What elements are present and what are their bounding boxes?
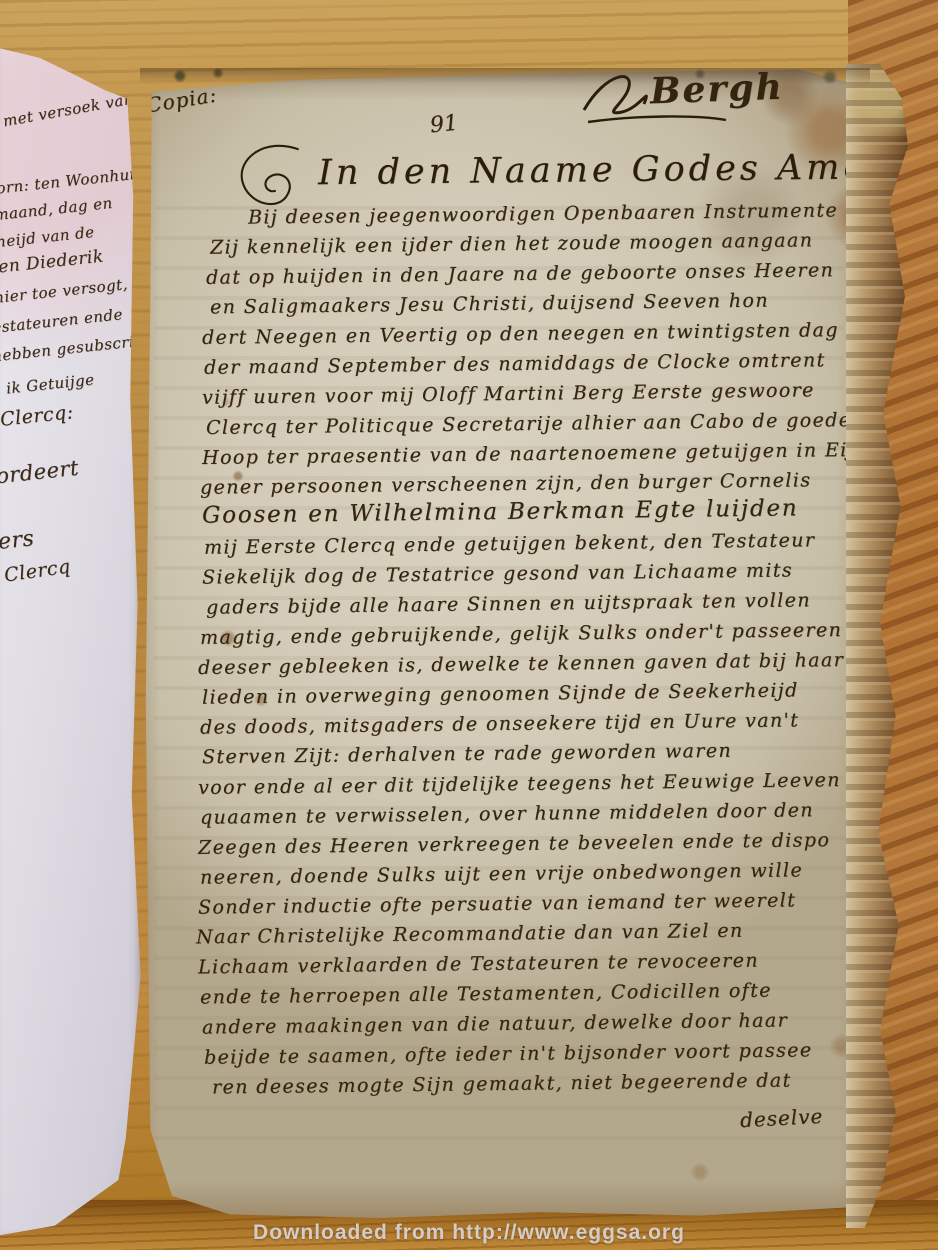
margin-text-fragment: estateuren ende <box>0 305 124 337</box>
previous-page-edge: met versoek van't orn: ten Woonhuij maan… <box>0 40 148 1240</box>
margin-text-fragment: hebben gesubscri <box>0 333 135 366</box>
site-watermark: Downloaded from http://www.eggsa.org <box>0 1221 938 1245</box>
margin-text-fragment: Clercq: <box>0 401 75 431</box>
margin-text-fragment: Clercq <box>3 555 72 586</box>
page-number: 91 <box>429 111 459 139</box>
manuscript-page: Copia: 91 Bergh In den Naame Godes Amen … <box>130 66 882 1226</box>
margin-text-fragment: heijd van de <box>0 223 95 251</box>
margin-text-fragment: ers <box>0 526 36 555</box>
margin-text-fragment: maand, dag en <box>0 194 113 224</box>
page-heading: In den Naame Godes Amen ! <box>318 147 928 193</box>
margin-text-fragment: ik Getuijge <box>5 370 95 397</box>
margin-text-fragment: ordeert <box>0 456 80 489</box>
margin-text-fragment: hier toe versogt, <box>0 275 129 307</box>
margin-text-fragment: en Diederik <box>0 247 105 278</box>
catchword: deselve <box>739 1104 823 1132</box>
book-top-edge-shadow <box>140 68 870 84</box>
photo-scene: met versoek van't orn: ten Woonhuij maan… <box>0 0 938 1250</box>
margin-text-fragment: orn: ten Woonhuij <box>0 165 141 198</box>
